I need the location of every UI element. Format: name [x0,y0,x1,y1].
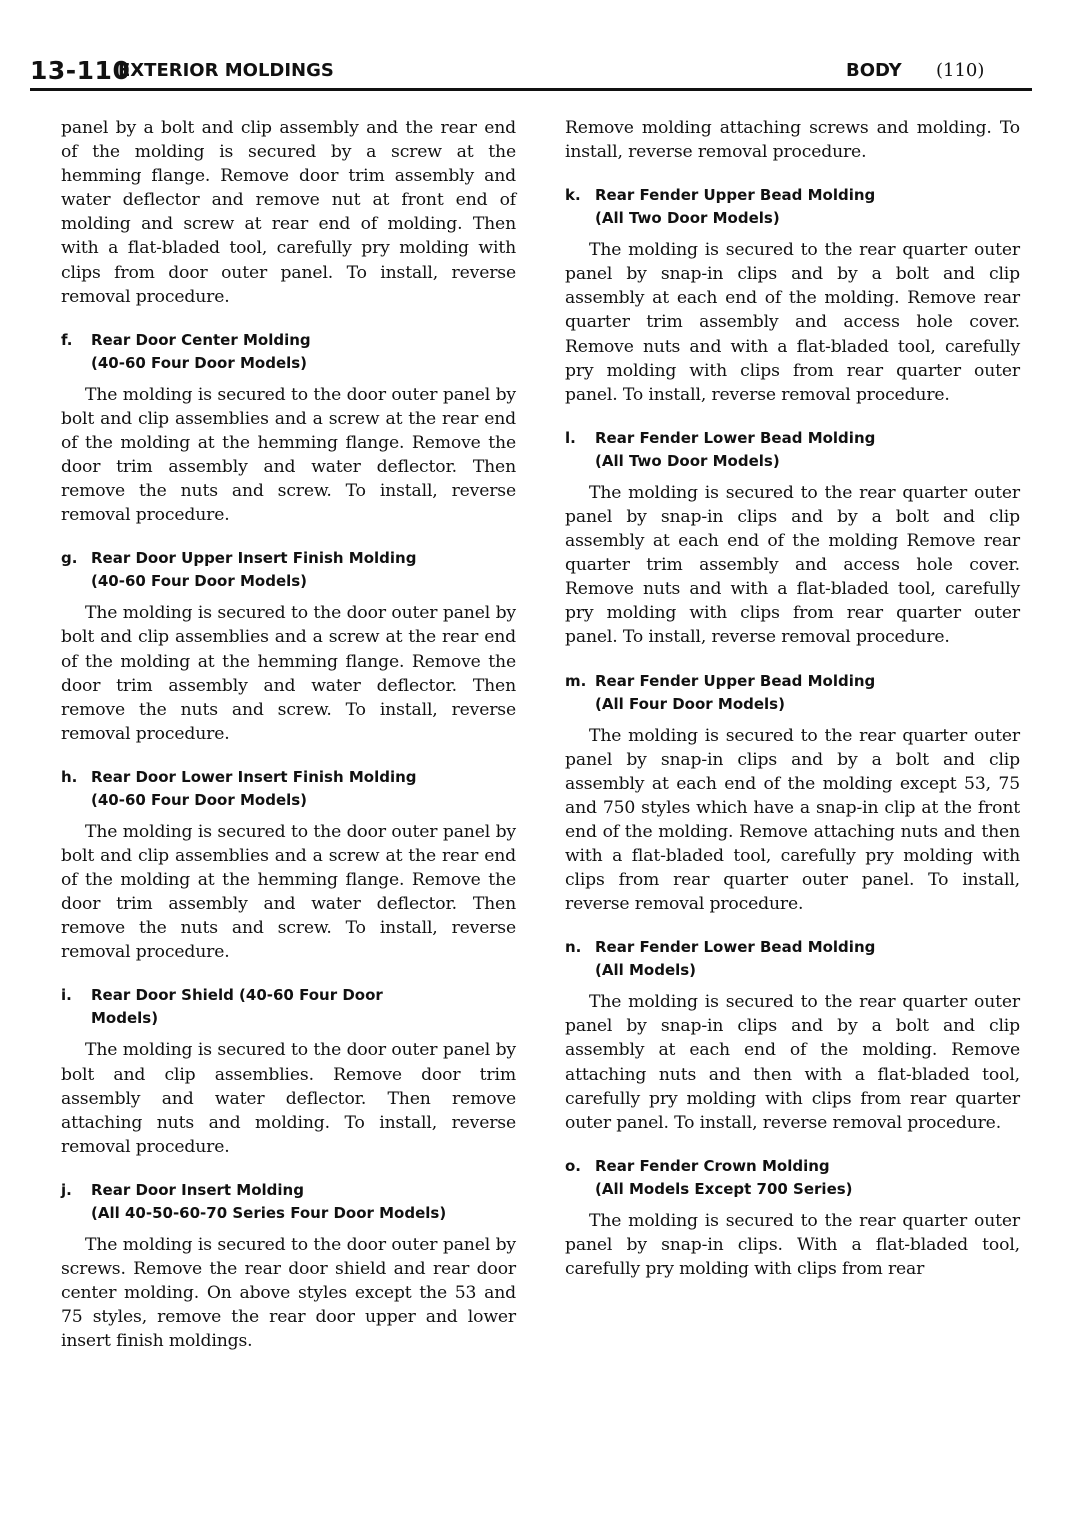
section-i: i. Rear Door Shield (40-60 Four DoorMode… [61,984,516,1158]
section-g: g. Rear Door Upper Insert Finish Molding… [61,547,516,746]
section-title: Rear Door Insert Molding [91,1181,304,1199]
section-body: The molding is secured to the door outer… [61,1233,516,1353]
section-o: o. Rear Fender Crown Molding(All Models … [565,1155,1020,1281]
section-title: Rear Fender Lower Bead Molding [595,429,875,447]
section-title: Rear Fender Upper Bead Molding [595,186,875,204]
section-subtitle: (40-60 Four Door Models) [91,572,307,590]
section-body: The molding is secured to the door outer… [61,601,516,746]
section-heading: o. Rear Fender Crown Molding(All Models … [565,1155,1020,1201]
section-title: Rear Fender Lower Bead Molding [595,938,875,956]
section-heading: f. Rear Door Center Molding(40-60 Four D… [61,329,516,375]
section-j: j. Rear Door Insert Molding(All 40-50-60… [61,1179,516,1353]
page-number: 13-110 [30,56,130,85]
section-heading: j. Rear Door Insert Molding(All 40-50-60… [61,1179,516,1225]
section-m: m. Rear Fender Upper Bead Molding(All Fo… [565,670,1020,917]
section-heading: l. Rear Fender Lower Bead Molding(All Tw… [565,427,1020,473]
section-body: The molding is secured to the rear quart… [565,1209,1020,1281]
section-heading: m. Rear Fender Upper Bead Molding(All Fo… [565,670,1020,716]
continued-paragraph: Remove molding attaching screws and mold… [565,116,1020,164]
section-body: The molding is secured to the rear quart… [565,481,1020,650]
section-letter: l. [565,427,595,473]
section-heading: n. Rear Fender Lower Bead Molding(All Mo… [565,936,1020,982]
section-letter: i. [61,984,91,1030]
section-letter: j. [61,1179,91,1225]
section-title: Rear Door Center Molding [91,331,311,349]
section-title: EXTERIOR MOLDINGS [118,60,334,81]
right-column: Remove molding attaching screws and mold… [565,116,1020,1281]
section-letter: g. [61,547,91,593]
chapter-name: BODY [846,60,902,81]
section-body: The molding is secured to the door outer… [61,820,516,965]
section-f: f. Rear Door Center Molding(40-60 Four D… [61,329,516,528]
section-subtitle: (40-60 Four Door Models) [91,791,307,809]
running-header: 13-110 EXTERIOR MOLDINGS BODY (110) [30,58,1032,91]
section-title: Rear Door Lower Insert Finish Molding [91,768,417,786]
section-body: The molding is secured to the door outer… [61,383,516,528]
section-body: The molding is secured to the rear quart… [565,724,1020,917]
section-subtitle: (All Models) [595,961,696,979]
section-l: l. Rear Fender Lower Bead Molding(All Tw… [565,427,1020,650]
section-heading: g. Rear Door Upper Insert Finish Molding… [61,547,516,593]
section-letter: n. [565,936,595,982]
section-letter: k. [565,184,595,230]
section-body: The molding is secured to the rear quart… [565,990,1020,1135]
section-body: The molding is secured to the door outer… [61,1038,516,1158]
section-title: Rear Fender Upper Bead Molding [595,672,875,690]
section-body: The molding is secured to the rear quart… [565,238,1020,407]
section-subtitle: (All Two Door Models) [595,209,780,227]
manual-page: 13-110 EXTERIOR MOLDINGS BODY (110) pane… [0,0,1082,1526]
section-subtitle: (All Models Except 700 Series) [595,1180,853,1198]
section-subtitle: (All 40-50-60-70 Series Four Door Models… [91,1204,446,1222]
section-subtitle: (All Two Door Models) [595,452,780,470]
left-column: panel by a bolt and clip assembly and th… [61,116,516,1353]
continued-paragraph: panel by a bolt and clip assembly and th… [61,116,516,309]
section-subtitle: Models) [91,1009,158,1027]
section-heading: h. Rear Door Lower Insert Finish Molding… [61,766,516,812]
section-k: k. Rear Fender Upper Bead Molding(All Tw… [565,184,1020,407]
section-subtitle: (40-60 Four Door Models) [91,354,307,372]
section-title: Rear Door Upper Insert Finish Molding [91,549,416,567]
page-reference: (110) [936,60,984,81]
section-letter: h. [61,766,91,812]
section-title: Rear Door Shield (40-60 Four Door [91,986,383,1004]
section-letter: f. [61,329,91,375]
section-letter: o. [565,1155,595,1201]
section-heading: i. Rear Door Shield (40-60 Four DoorMode… [61,984,516,1030]
section-n: n. Rear Fender Lower Bead Molding(All Mo… [565,936,1020,1135]
section-subtitle: (All Four Door Models) [595,695,785,713]
section-title: Rear Fender Crown Molding [595,1157,830,1175]
section-letter: m. [565,670,595,716]
section-h: h. Rear Door Lower Insert Finish Molding… [61,766,516,965]
section-heading: k. Rear Fender Upper Bead Molding(All Tw… [565,184,1020,230]
